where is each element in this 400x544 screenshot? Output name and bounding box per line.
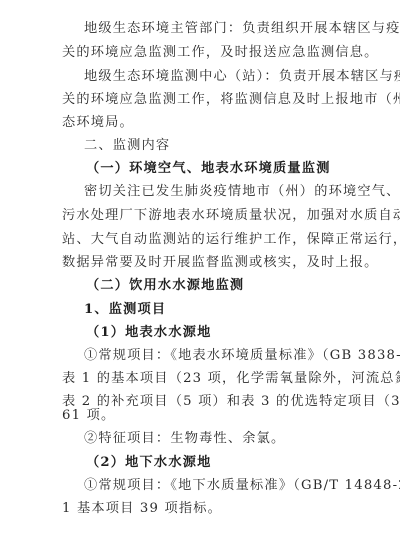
paragraph-line: ②特征项目：生物毒性、余氯。 [84,431,285,447]
document-page: 地级生态环境主管部门：负责组织开展本辖区与疫情相 关的环境应急监测工作，及时报送… [0,0,400,544]
item-heading: 1、监测项目 [84,302,166,318]
paragraph-line: ①常规项目：《地表水环境质量标准》（GB 3838-2002） [84,348,400,364]
paragraph-line: 关的环境应急监测工作，将监测信息及时上报地市（州）生 [62,92,400,108]
paragraph-line: ①常规项目：《地下水质量标准》（GB/T 14848-2017）表 [84,478,400,494]
paragraph-line: 密切关注已发生肺炎疫情地市（州）的环境空气、城市 [84,184,400,200]
subsection-heading: （二）饮用水水源地监测 [86,278,244,294]
paragraph-line: 61 项。 [62,408,115,424]
subitem-heading: （1）地表水水源地 [86,325,211,341]
paragraph-line: 污水处理厂下游地表水环境质量状况，加强对水质自动监测 [62,208,400,224]
subsection-heading: （一）环境空气、地表水环境质量监测 [86,161,331,177]
paragraph-line: 地级生态环境主管部门：负责组织开展本辖区与疫情相 [84,21,400,37]
paragraph-line: 1 基本项目 39 项指标。 [62,501,222,517]
section-heading: 二、监测内容 [84,138,170,154]
paragraph-line: 站、大气自动监测站的运行维护工作，保障正常运行，发现 [62,232,400,248]
paragraph-line: 地级生态环境监测中心（站）：负责开展本辖区与疫情相 [84,69,400,85]
paragraph-line: 态环境局。 [62,115,134,131]
paragraph-line: 表 1 的基本项目（23 项，化学需氧量除外，河流总氮除外）， [62,371,400,387]
paragraph-line: 数据异常要及时开展监督监测或核实，及时上报。 [62,255,379,271]
paragraph-line: 关的环境应急监测工作，及时报送应急监测信息。 [62,45,379,61]
subitem-heading: （2）地下水水源地 [86,455,211,471]
